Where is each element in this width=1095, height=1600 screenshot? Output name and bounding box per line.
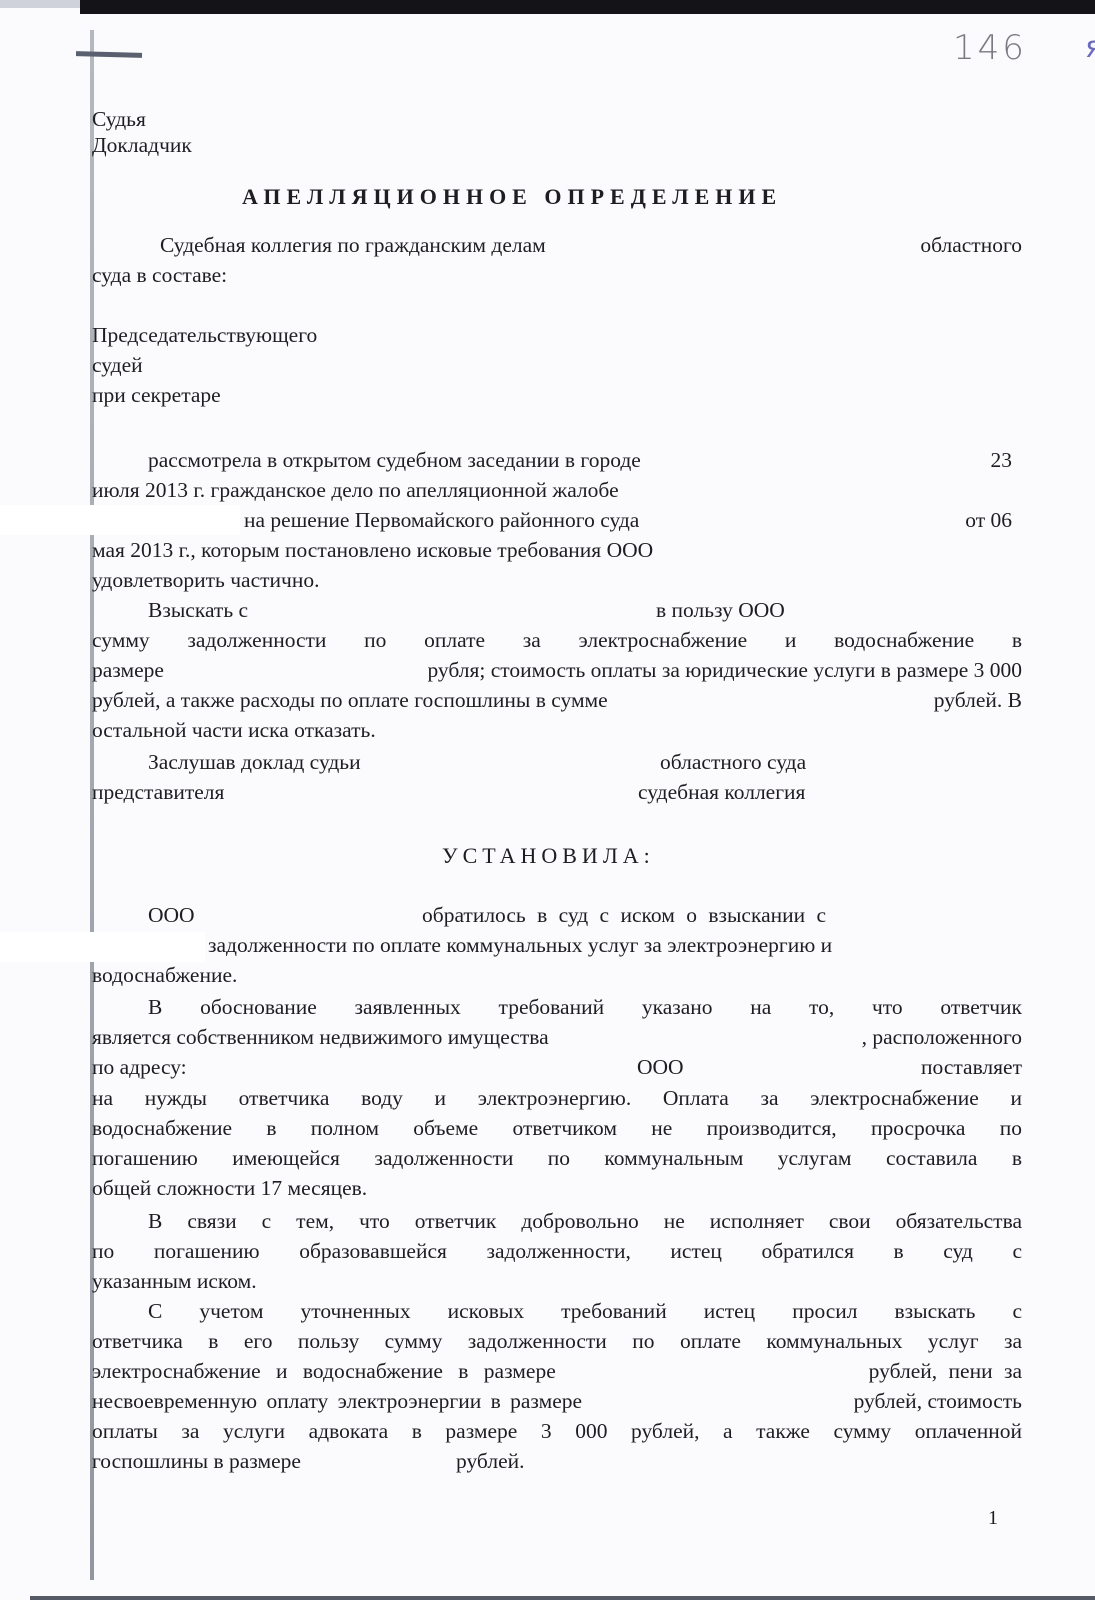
reporter-label: Докладчик <box>92 130 1022 160</box>
findings-p4-line-5: оплаты за услуги адвоката в размере 3 00… <box>92 1416 1022 1446</box>
findings-p1-line-3: водоснабжение. <box>92 960 1022 990</box>
findings-p2-line-4: на нужды ответчика воду и электроэнергию… <box>92 1083 1022 1113</box>
composition-line-2: суда в составе: <box>92 260 1022 290</box>
findings-p3-line-2: по погашению образовавшейся задолженност… <box>92 1236 1022 1266</box>
document-title: АПЕЛЛЯЦИОННОЕ ОПРЕДЕЛЕНИЕ <box>242 184 782 210</box>
handwritten-page-number: 146 <box>953 28 1027 68</box>
findings-p2-line-5: водоснабжение в полном объеме ответчиком… <box>92 1113 1022 1143</box>
presiding-label: Председательствующего <box>92 320 1022 350</box>
findings-p3-line-1: В связи с тем, что ответчик добровольно … <box>92 1206 1022 1236</box>
hearing-line-5: удовлетворить частично. <box>92 565 1022 595</box>
hearing-line-4: мая 2013 г., которым постановлено исковы… <box>92 535 1022 565</box>
ruling-line-2: сумму задолженности по оплате за электро… <box>92 625 1022 655</box>
hearing-line-2: июля 2013 г. гражданское дело по апелляц… <box>92 475 1022 505</box>
redaction-block <box>0 932 205 962</box>
page-number: 1 <box>988 1507 998 1530</box>
binding-mark <box>76 51 142 58</box>
judges-label: судей <box>92 350 1022 380</box>
redaction-block <box>0 505 240 535</box>
scan-edge-left <box>0 0 80 8</box>
ruling-line-5: остальной части иска отказать. <box>92 715 1022 745</box>
findings-p2-line-7: общей сложности 17 месяцев. <box>92 1173 1022 1203</box>
findings-p2-line-1: В обоснование заявленных требований указ… <box>92 992 1022 1022</box>
scan-top-shadow <box>80 0 1095 14</box>
section-heading: УСТАНОВИЛА: <box>442 843 655 869</box>
findings-p2-line-6: погашению имеющейся задолженности по ком… <box>92 1143 1022 1173</box>
findings-p4-line-2: ответчика в его пользу сумму задолженнос… <box>92 1326 1022 1356</box>
findings-p4-line-1: С учетом уточненных исковых требований и… <box>92 1296 1022 1326</box>
handwritten-mark: я <box>1085 30 1095 65</box>
secretary-label: при секретаре <box>92 380 1022 410</box>
findings-p3-line-3: указанным иском. <box>92 1266 1022 1296</box>
scan-bottom-edge <box>30 1596 1095 1600</box>
